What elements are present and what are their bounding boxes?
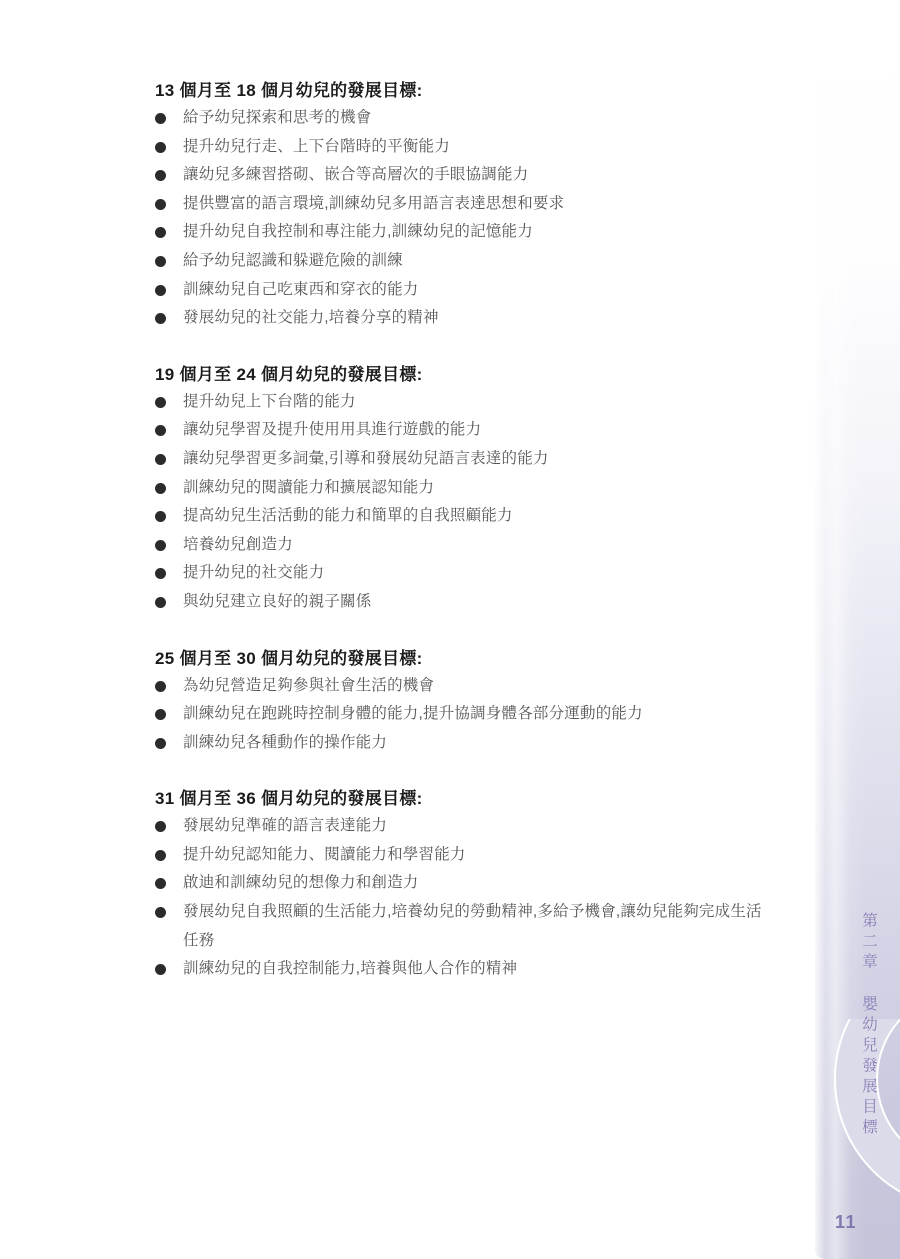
page-content: 13 個月至 18 個月幼兒的發展目標: 給予幼兒探索和思考的機會提升幼兒行走、…: [155, 78, 777, 984]
goal-text: 訓練幼兒各種動作的操作能力: [183, 729, 775, 758]
goal-list: 發展幼兒準確的語言表達能力提升幼兒認知能力、閱讀能力和學習能力啟迪和訓練幼兒的想…: [155, 812, 777, 984]
page-number: 11: [835, 1212, 857, 1233]
goal-text: 與幼兒建立良好的親子關係: [183, 588, 775, 617]
goal-text: 訓練幼兒的自我控制能力,培養與他人合作的精神: [183, 955, 775, 984]
bullet-icon: [155, 907, 166, 918]
list-item: 發展幼兒準確的語言表達能力: [155, 812, 777, 841]
bullet-icon: [155, 142, 166, 153]
list-item: 發展幼兒自我照顧的生活能力,培養幼兒的勞動精神,多給予機會,讓幼兒能夠完成生活任…: [155, 898, 777, 955]
chapter-number: 第二章: [860, 912, 877, 974]
goal-list: 為幼兒營造足夠參與社會生活的機會訓練幼兒在跑跳時控制身體的能力,提升協調身體各部…: [155, 672, 777, 758]
label-gap: [868, 974, 869, 996]
goal-text: 提升幼兒的社交能力: [183, 559, 775, 588]
list-item: 訓練幼兒的閱讀能力和擴展認知能力: [155, 474, 777, 503]
goal-text: 提升幼兒認知能力、閱讀能力和學習能力: [183, 841, 775, 870]
bullet-icon: [155, 681, 166, 692]
goal-text: 提供豐富的語言環境,訓練幼兒多用語言表達思想和要求: [183, 190, 775, 219]
list-item: 啟迪和訓練幼兒的想像力和創造力: [155, 869, 777, 898]
bullet-icon: [155, 199, 166, 210]
list-item: 訓練幼兒各種動作的操作能力: [155, 729, 777, 758]
section-heading: 31 個月至 36 個月幼兒的發展目標:: [155, 786, 777, 812]
list-item: 提升幼兒行走、上下台階時的平衡能力: [155, 133, 777, 162]
bullet-icon: [155, 850, 166, 861]
list-item: 提升幼兒的社交能力: [155, 559, 777, 588]
bullet-icon: [155, 738, 166, 749]
list-item: 給予幼兒探索和思考的機會: [155, 104, 777, 133]
bullet-icon: [155, 878, 166, 889]
goal-text: 訓練幼兒的閱讀能力和擴展認知能力: [183, 474, 775, 503]
list-item: 訓練幼兒的自我控制能力,培養與他人合作的精神: [155, 955, 777, 984]
list-item: 讓幼兒學習及提升使用用具進行遊戲的能力: [155, 416, 777, 445]
list-item: 提升幼兒自我控制和專注能力,訓練幼兒的記憶能力: [155, 218, 777, 247]
bullet-icon: [155, 964, 166, 975]
bullet-icon: [155, 454, 166, 465]
list-item: 發展幼兒的社交能力,培養分享的精神: [155, 304, 777, 333]
bullet-icon: [155, 540, 166, 551]
bullet-icon: [155, 285, 166, 296]
goal-text: 提高幼兒生活活動的能力和簡單的自我照顧能力: [183, 502, 775, 531]
bullet-icon: [155, 227, 166, 238]
list-item: 讓幼兒學習更多詞彙,引導和發展幼兒語言表達的能力: [155, 445, 777, 474]
goal-list: 提升幼兒上下台階的能力讓幼兒學習及提升使用用具進行遊戲的能力讓幼兒學習更多詞彙,…: [155, 388, 777, 617]
chapter-sidebar: 第二章嬰幼兒發展目標 11: [815, 0, 900, 1259]
goal-text: 給予幼兒認識和躲避危險的訓練: [183, 247, 775, 276]
goal-text: 發展幼兒自我照顧的生活能力,培養幼兒的勞動精神,多給予機會,讓幼兒能夠完成生活任…: [183, 898, 775, 955]
goal-text: 讓幼兒學習更多詞彙,引導和發展幼兒語言表達的能力: [183, 445, 775, 474]
goal-text: 發展幼兒準確的語言表達能力: [183, 812, 775, 841]
bullet-icon: [155, 397, 166, 408]
list-item: 為幼兒營造足夠參與社會生活的機會: [155, 672, 777, 701]
section-heading: 25 個月至 30 個月幼兒的發展目標:: [155, 646, 777, 672]
goal-text: 給予幼兒探索和思考的機會: [183, 104, 775, 133]
chapter-label: 第二章嬰幼兒發展目標: [861, 912, 877, 1139]
section-13-18: 13 個月至 18 個月幼兒的發展目標: 給予幼兒探索和思考的機會提升幼兒行走、…: [155, 78, 777, 333]
section-heading: 19 個月至 24 個月幼兒的發展目標:: [155, 362, 777, 388]
bullet-icon: [155, 113, 166, 124]
list-item: 與幼兒建立良好的親子關係: [155, 588, 777, 617]
bullet-icon: [155, 425, 166, 436]
goal-text: 啟迪和訓練幼兒的想像力和創造力: [183, 869, 775, 898]
list-item: 提升幼兒上下台階的能力: [155, 388, 777, 417]
goal-list: 給予幼兒探索和思考的機會提升幼兒行走、上下台階時的平衡能力讓幼兒多練習搭砌、嵌合…: [155, 104, 777, 333]
goal-text: 訓練幼兒在跑跳時控制身體的能力,提升協調身體各部分運動的能力: [183, 700, 775, 729]
list-item: 讓幼兒多練習搭砌、嵌合等高層次的手眼協調能力: [155, 161, 777, 190]
bullet-icon: [155, 170, 166, 181]
curve-decoration: [815, 1019, 900, 1259]
bullet-icon: [155, 709, 166, 720]
goal-text: 讓幼兒多練習搭砌、嵌合等高層次的手眼協調能力: [183, 161, 775, 190]
bullet-icon: [155, 597, 166, 608]
goal-text: 培養幼兒創造力: [183, 531, 775, 560]
list-item: 培養幼兒創造力: [155, 531, 777, 560]
bullet-icon: [155, 821, 166, 832]
goal-text: 讓幼兒學習及提升使用用具進行遊戲的能力: [183, 416, 775, 445]
bullet-icon: [155, 256, 166, 267]
section-19-24: 19 個月至 24 個月幼兒的發展目標: 提升幼兒上下台階的能力讓幼兒學習及提升…: [155, 362, 777, 617]
bullet-icon: [155, 483, 166, 494]
goal-text: 提升幼兒上下台階的能力: [183, 388, 775, 417]
list-item: 給予幼兒認識和躲避危險的訓練: [155, 247, 777, 276]
list-item: 提高幼兒生活活動的能力和簡單的自我照顧能力: [155, 502, 777, 531]
list-item: 訓練幼兒在跑跳時控制身體的能力,提升協調身體各部分運動的能力: [155, 700, 777, 729]
goal-text: 為幼兒營造足夠參與社會生活的機會: [183, 672, 775, 701]
bullet-icon: [155, 313, 166, 324]
goal-text: 發展幼兒的社交能力,培養分享的精神: [183, 304, 775, 333]
section-25-30: 25 個月至 30 個月幼兒的發展目標: 為幼兒營造足夠參與社會生活的機會訓練幼…: [155, 646, 777, 758]
list-item: 提供豐富的語言環境,訓練幼兒多用語言表達思想和要求: [155, 190, 777, 219]
goal-text: 提升幼兒行走、上下台階時的平衡能力: [183, 133, 775, 162]
list-item: 訓練幼兒自己吃東西和穿衣的能力: [155, 276, 777, 305]
goal-text: 提升幼兒自我控制和專注能力,訓練幼兒的記憶能力: [183, 218, 775, 247]
section-heading: 13 個月至 18 個月幼兒的發展目標:: [155, 78, 777, 104]
chapter-title: 嬰幼兒發展目標: [860, 996, 877, 1140]
bullet-icon: [155, 568, 166, 579]
goal-text: 訓練幼兒自己吃東西和穿衣的能力: [183, 276, 775, 305]
bullet-icon: [155, 511, 166, 522]
section-31-36: 31 個月至 36 個月幼兒的發展目標: 發展幼兒準確的語言表達能力提升幼兒認知…: [155, 786, 777, 984]
list-item: 提升幼兒認知能力、閱讀能力和學習能力: [155, 841, 777, 870]
